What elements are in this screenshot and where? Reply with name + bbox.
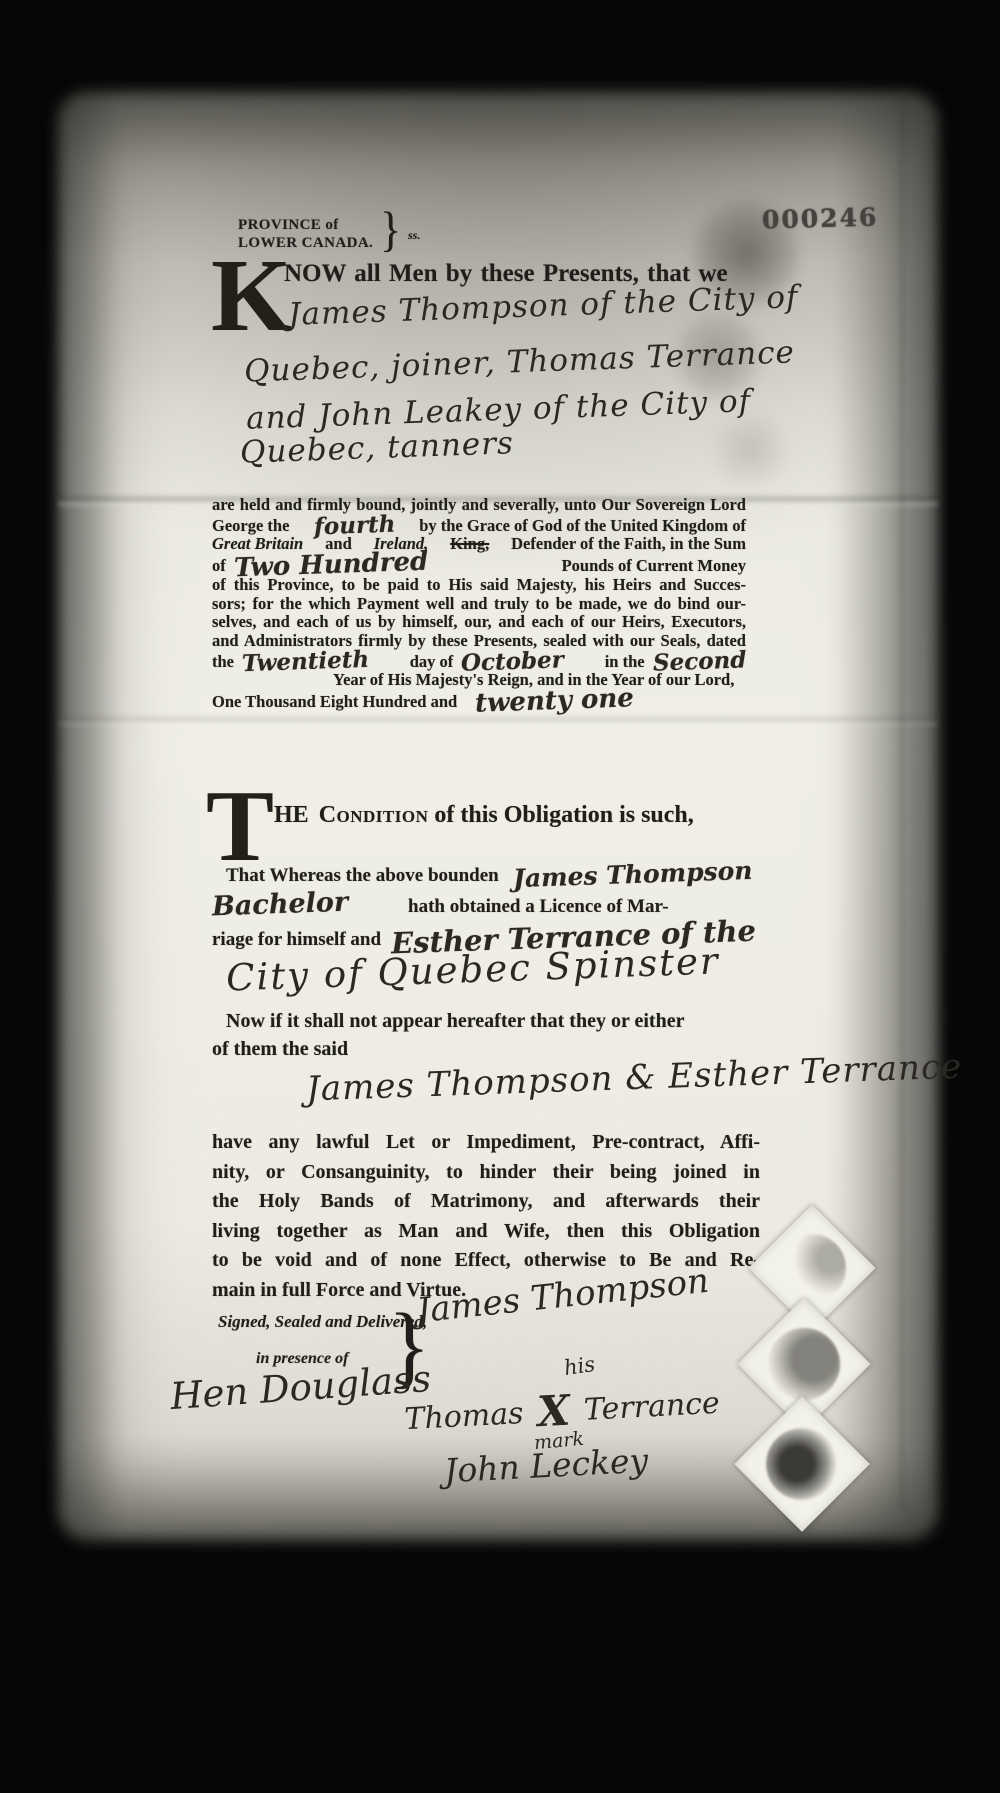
- closing-line: nity, or Consanguinity, to hinder their …: [212, 1158, 760, 1188]
- bond-text: Defender of the Faith, in the Sum: [511, 535, 746, 554]
- now-clause-line: Now if it shall not appear hereafter tha…: [226, 1010, 684, 1033]
- condition-text: That Whereas the above bounden: [226, 865, 499, 887]
- document-number-stamp: 000246: [762, 202, 879, 234]
- handwritten-regnal-name: fourth: [313, 515, 395, 537]
- condition-line: That Whereas the above bounden James Tho…: [212, 858, 752, 887]
- bond-paragraph: are held and firmly bound, jointly and s…: [212, 496, 746, 712]
- bond-line: George the fourth by the Grace of God of…: [212, 515, 746, 536]
- ss-abbreviation: ss.: [408, 228, 420, 243]
- fold-crease-vertical: [898, 102, 906, 1510]
- bond-line: are held and firmly bound, jointly and s…: [212, 496, 746, 515]
- paper-sheet: PROVINCE of LOWER CANADA. } ss. 000246 K…: [58, 92, 938, 1540]
- signature-first-name: Thomas: [404, 1396, 525, 1437]
- handwritten-groom-status: Bachelor: [212, 885, 409, 923]
- bond-text: day of: [410, 653, 454, 672]
- dropcap-t: T: [206, 786, 274, 868]
- province-brace: }: [380, 201, 401, 257]
- bond-sum-group: of Two Hundred: [212, 554, 428, 576]
- bond-line: sors; for the which Payment well and tru…: [212, 595, 746, 614]
- condition-text: riage for himself and: [212, 929, 381, 951]
- bond-line: of Two Hundred Pounds of Current Money: [212, 554, 746, 576]
- signature-last-name: Terrance: [583, 1386, 721, 1428]
- handwritten-year: twenty one: [475, 689, 634, 713]
- bond-date-group: in the Second: [605, 651, 746, 672]
- condition-heading-he: HE: [274, 802, 309, 828]
- bond-text: in the: [605, 653, 645, 672]
- mark-label-his: his: [562, 1352, 596, 1380]
- bond-date-group: the Twentieth: [212, 651, 369, 672]
- province-line1: PROVINCE of: [238, 216, 373, 234]
- bond-text: of: [212, 557, 226, 576]
- bond-text: Pounds of Current Money: [562, 557, 746, 576]
- condition-heading: HECondition of this Obligation is such,: [274, 802, 694, 829]
- bond-text: George the: [212, 517, 289, 536]
- bond-line: One Thousand Eight Hundred and twenty on…: [212, 690, 746, 712]
- bond-text: One Thousand Eight Hundred and: [212, 692, 457, 711]
- condition-heading-rest: of this Obligation is such,: [428, 802, 693, 828]
- handwritten-month: October: [461, 651, 564, 673]
- bond-text: the: [212, 653, 234, 672]
- bond-line: the Twentieth day of October in the Seco…: [212, 651, 746, 672]
- condition-heading-word: Condition: [319, 802, 429, 828]
- bond-date-group: day of October: [410, 651, 564, 672]
- handwritten-regnal-year: Second: [652, 651, 746, 673]
- closing-line: the Holy Bands of Matrimony, and afterwa…: [212, 1187, 760, 1217]
- dropcap-k: K: [211, 254, 292, 337]
- closing-line: living together as Man and Wife, then th…: [212, 1217, 760, 1247]
- closing-line: have any lawful Let or Impediment, Pre-c…: [212, 1128, 760, 1158]
- handwritten-sum: Two Hundred: [233, 553, 428, 578]
- condition-text: hath obtained a Licence of Mar-: [408, 896, 669, 918]
- bond-text: by the Grace of God of the United Kingdo…: [419, 517, 746, 536]
- bond-line: selves, and each of us by himself, our, …: [212, 613, 746, 632]
- scanned-marriage-bond-page: PROVINCE of LOWER CANADA. } ss. 000246 K…: [0, 0, 1000, 1793]
- now-clause-line: of them the said: [212, 1038, 348, 1061]
- handwritten-day: Twentieth: [242, 650, 370, 673]
- condition-line: Bachelor hath obtained a Licence of Mar-: [212, 888, 669, 919]
- bond-text-struck: King,: [450, 535, 489, 554]
- ink-stain: [708, 408, 792, 492]
